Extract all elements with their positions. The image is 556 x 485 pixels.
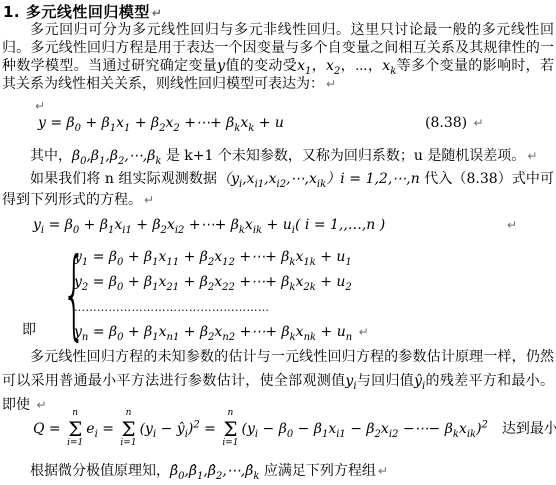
summation-sigma: nΣi=1: [120, 409, 136, 449]
document-page: 1. 多元线性回归模型↵ 多元回归可分为多元线性回归与多元非线性回归。这里只讨论…: [0, 0, 556, 485]
system-row: y1 = β0 + β1x11 + β2x12 +⋯+ βkx1k + u1: [74, 245, 369, 270]
paragraph-mark: ↵: [357, 325, 369, 339]
summation-sigma: nΣi=1: [222, 409, 238, 449]
paragraph-observed-data: 如果我们将 n 组实际观测数据（yi,xi1,xi2,⋯,xik）i = 1,2…: [2, 169, 554, 211]
label-namely: 即: [22, 319, 36, 339]
section-title: 1. 多元线性回归模型↵: [3, 1, 162, 22]
system-row-ellipsis: ……………………………………………: [74, 295, 369, 320]
equation-yi-body: yi = β0 + β1xi1 + β2xi2 +⋯+ βkxik + ui: [33, 217, 295, 233]
paragraph-mark: ↵: [525, 149, 537, 163]
summation-sigma: nΣi=1: [67, 409, 83, 449]
equation-yi-condition: ( i = 1,,…,n ): [295, 217, 385, 233]
paragraph-mark: ↵: [505, 217, 517, 233]
empty-paragraph-mark: ↵: [33, 98, 45, 114]
system-rows: y1 = β0 + β1x11 + β2x12 +⋯+ βkx1k + u1 y…: [74, 245, 369, 345]
paragraph-mark: ↵: [33, 99, 45, 113]
paragraph-mark: ↵: [324, 77, 336, 91]
paragraph-mark: ↵: [142, 193, 154, 207]
system-row: y2 = β0 + β1x21 + β2x22 +⋯+ βkx2k + u2: [74, 270, 369, 295]
equation-yi: yi = β0 + β1xi1 + β2xi2 +⋯+ βkxik + ui (…: [33, 217, 553, 233]
equation-main-body: y = β0 + β1x1 + β2x2 +⋯+ βkxk + u: [38, 115, 284, 131]
paragraph-parameters: 其中，β0,β1,β2,⋯,βk 是 k+1 个未知参数，又称为回归系数；u 是…: [2, 144, 554, 168]
paragraph-mark: ↵: [505, 218, 517, 232]
paragraph-intro: 多元回归可分为多元线性回归与多元非线性回归。这里只讨论最一般的多元线性回归。多元…: [2, 21, 554, 93]
paragraph-extremum-principle: 根据微分极值原理知，β̂0,β̂1,β̂2,⋯,β̂k 应满足下列方程组↵: [2, 458, 554, 484]
equation-number: (8.38) ↵: [425, 115, 484, 131]
equation-q-residual-sum: Q = nΣi=1ei = nΣi=1(yi − ŷi)2 = nΣi=1(yi…: [33, 409, 553, 449]
paragraph-mark: ↵: [472, 116, 484, 130]
equation-main: y = β0 + β1x1 + β2x2 +⋯+ βkxk + u (8.38)…: [38, 115, 554, 131]
paragraph-mark: ↵: [376, 464, 388, 478]
equation-system: 即 { y1 = β0 + β1x11 + β2x12 +⋯+ βkx1k + …: [22, 243, 442, 345]
paragraph-least-squares: 多元线性回归方程的未知参数的估计与一元线性回归方程的参数估计原理一样，仍然可以采…: [2, 345, 554, 417]
paragraph-mark: ↵: [150, 6, 163, 20]
system-row: yn = β0 + β1xn1 + β2xn2 +⋯+ βkxnk + un ↵: [74, 320, 369, 345]
